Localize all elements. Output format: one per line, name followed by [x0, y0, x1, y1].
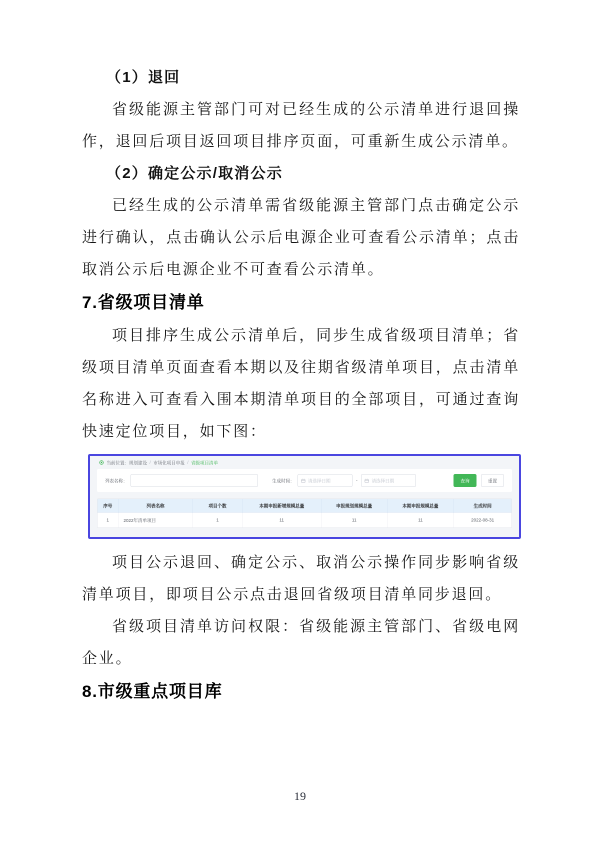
table-row: 1 2022年清单项目 1 11 11 11 2022-08-31 — [98, 513, 512, 528]
breadcrumb: 当前位置： 规划建设 / 市场化项目申报 / 省级项目清单 — [90, 456, 519, 469]
gen-time-label: 生成时间： — [272, 477, 295, 484]
table-header-row: 序号 列表名称 项目个数 本期申报新增规模总量 申报规划规模总量 本期申报规模总… — [98, 499, 512, 513]
screenshot-app-view: 当前位置： 规划建设 / 市场化项目申报 / 省级项目清单 列表名称： 生成时间… — [90, 456, 519, 538]
breadcrumb-separator: / — [187, 460, 188, 465]
end-date-placeholder: 请选择日期 — [372, 477, 395, 484]
end-date-picker[interactable]: 请选择日期 — [361, 474, 416, 487]
start-date-picker[interactable]: 请选择日期 — [298, 474, 353, 487]
section-heading-7: 7.省级项目清单 — [82, 286, 520, 320]
breadcrumb-item-current: 省级项目清单 — [191, 459, 218, 466]
col-header-gen-time: 生成时间 — [454, 499, 512, 513]
reset-button[interactable]: 重置 — [481, 474, 504, 487]
section-heading-8: 8.市级重点项目库 — [82, 675, 520, 709]
paragraph-access-rights: 省级项目清单访问权限：省级能源主管部门、省级电网企业。 — [82, 611, 520, 675]
paragraph-return-desc: 省级能源主管部门可对已经生成的公示清单进行退回操作，退回后项目返回项目排序页面，… — [82, 94, 520, 158]
embedded-screenshot: 当前位置： 规划建设 / 市场化项目申报 / 省级项目清单 列表名称： 生成时间… — [88, 454, 521, 539]
cell-plan-scale: 11 — [321, 513, 387, 528]
breadcrumb-separator: / — [150, 460, 151, 465]
location-pin-icon — [99, 460, 104, 465]
col-header-index: 序号 — [98, 499, 119, 513]
col-header-project-count: 项目个数 — [193, 499, 243, 513]
col-header-plan-scale: 申报规划规模总量 — [321, 499, 387, 513]
cell-declare-scale: 11 — [387, 513, 453, 528]
col-header-list-name: 列表名称 — [118, 499, 193, 513]
cell-project-count: 1 — [193, 513, 243, 528]
search-button[interactable]: 查询 — [453, 474, 476, 487]
page-number: 19 — [0, 789, 600, 804]
col-header-declare-scale: 本期申报规模总量 — [387, 499, 453, 513]
paragraph-sync-effect: 项目公示退回、确定公示、取消公示操作同步影响省级清单项目，即项目公示点击退回省级… — [82, 547, 520, 611]
date-range-separator: - — [356, 478, 358, 483]
breadcrumb-item-market-declare[interactable]: 市场化项目申报 — [153, 459, 185, 466]
document-body: （1）退回 省级能源主管部门可对已经生成的公示清单进行退回操作，退回后项目返回项… — [0, 0, 600, 709]
provincial-list-table: 序号 列表名称 项目个数 本期申报新增规模总量 申报规划规模总量 本期申报规模总… — [98, 499, 512, 528]
list-name-label: 列表名称： — [105, 477, 128, 484]
calendar-icon — [301, 478, 306, 483]
subheading-1-return: （1）退回 — [82, 62, 520, 94]
filter-bar: 列表名称： 生成时间： 请选择日期 - 请选择日期 查询 重置 — [97, 469, 512, 492]
calendar-icon — [365, 478, 370, 483]
cell-new-scale: 11 — [242, 513, 321, 528]
paragraph-provincial-list-desc: 项目排序生成公示清单后，同步生成省级项目清单；省级项目清单页面查看本期以及往期省… — [82, 320, 520, 448]
subheading-2-confirm-cancel: （2）确定公示/取消公示 — [82, 158, 520, 190]
cell-list-name-link[interactable]: 2022年清单项目 — [118, 513, 193, 528]
cell-index: 1 — [98, 513, 119, 528]
col-header-new-scale: 本期申报新增规模总量 — [242, 499, 321, 513]
breadcrumb-item-planning[interactable]: 规划建设 — [129, 459, 147, 466]
list-name-input[interactable] — [131, 474, 259, 487]
filter-buttons: 查询 重置 — [453, 474, 504, 487]
breadcrumb-prefix: 当前位置： — [107, 459, 130, 466]
start-date-placeholder: 请选择日期 — [308, 477, 331, 484]
list-table-card: 序号 列表名称 项目个数 本期申报新增规模总量 申报规划规模总量 本期申报规模总… — [97, 499, 512, 529]
document-page: （1）退回 省级能源主管部门可对已经生成的公示清单进行退回操作，退回后项目返回项… — [0, 0, 600, 848]
cell-gen-time: 2022-08-31 — [454, 513, 512, 528]
paragraph-confirm-desc: 已经生成的公示清单需省级能源主管部门点击确定公示进行确认，点击确认公示后电源企业… — [82, 190, 520, 286]
